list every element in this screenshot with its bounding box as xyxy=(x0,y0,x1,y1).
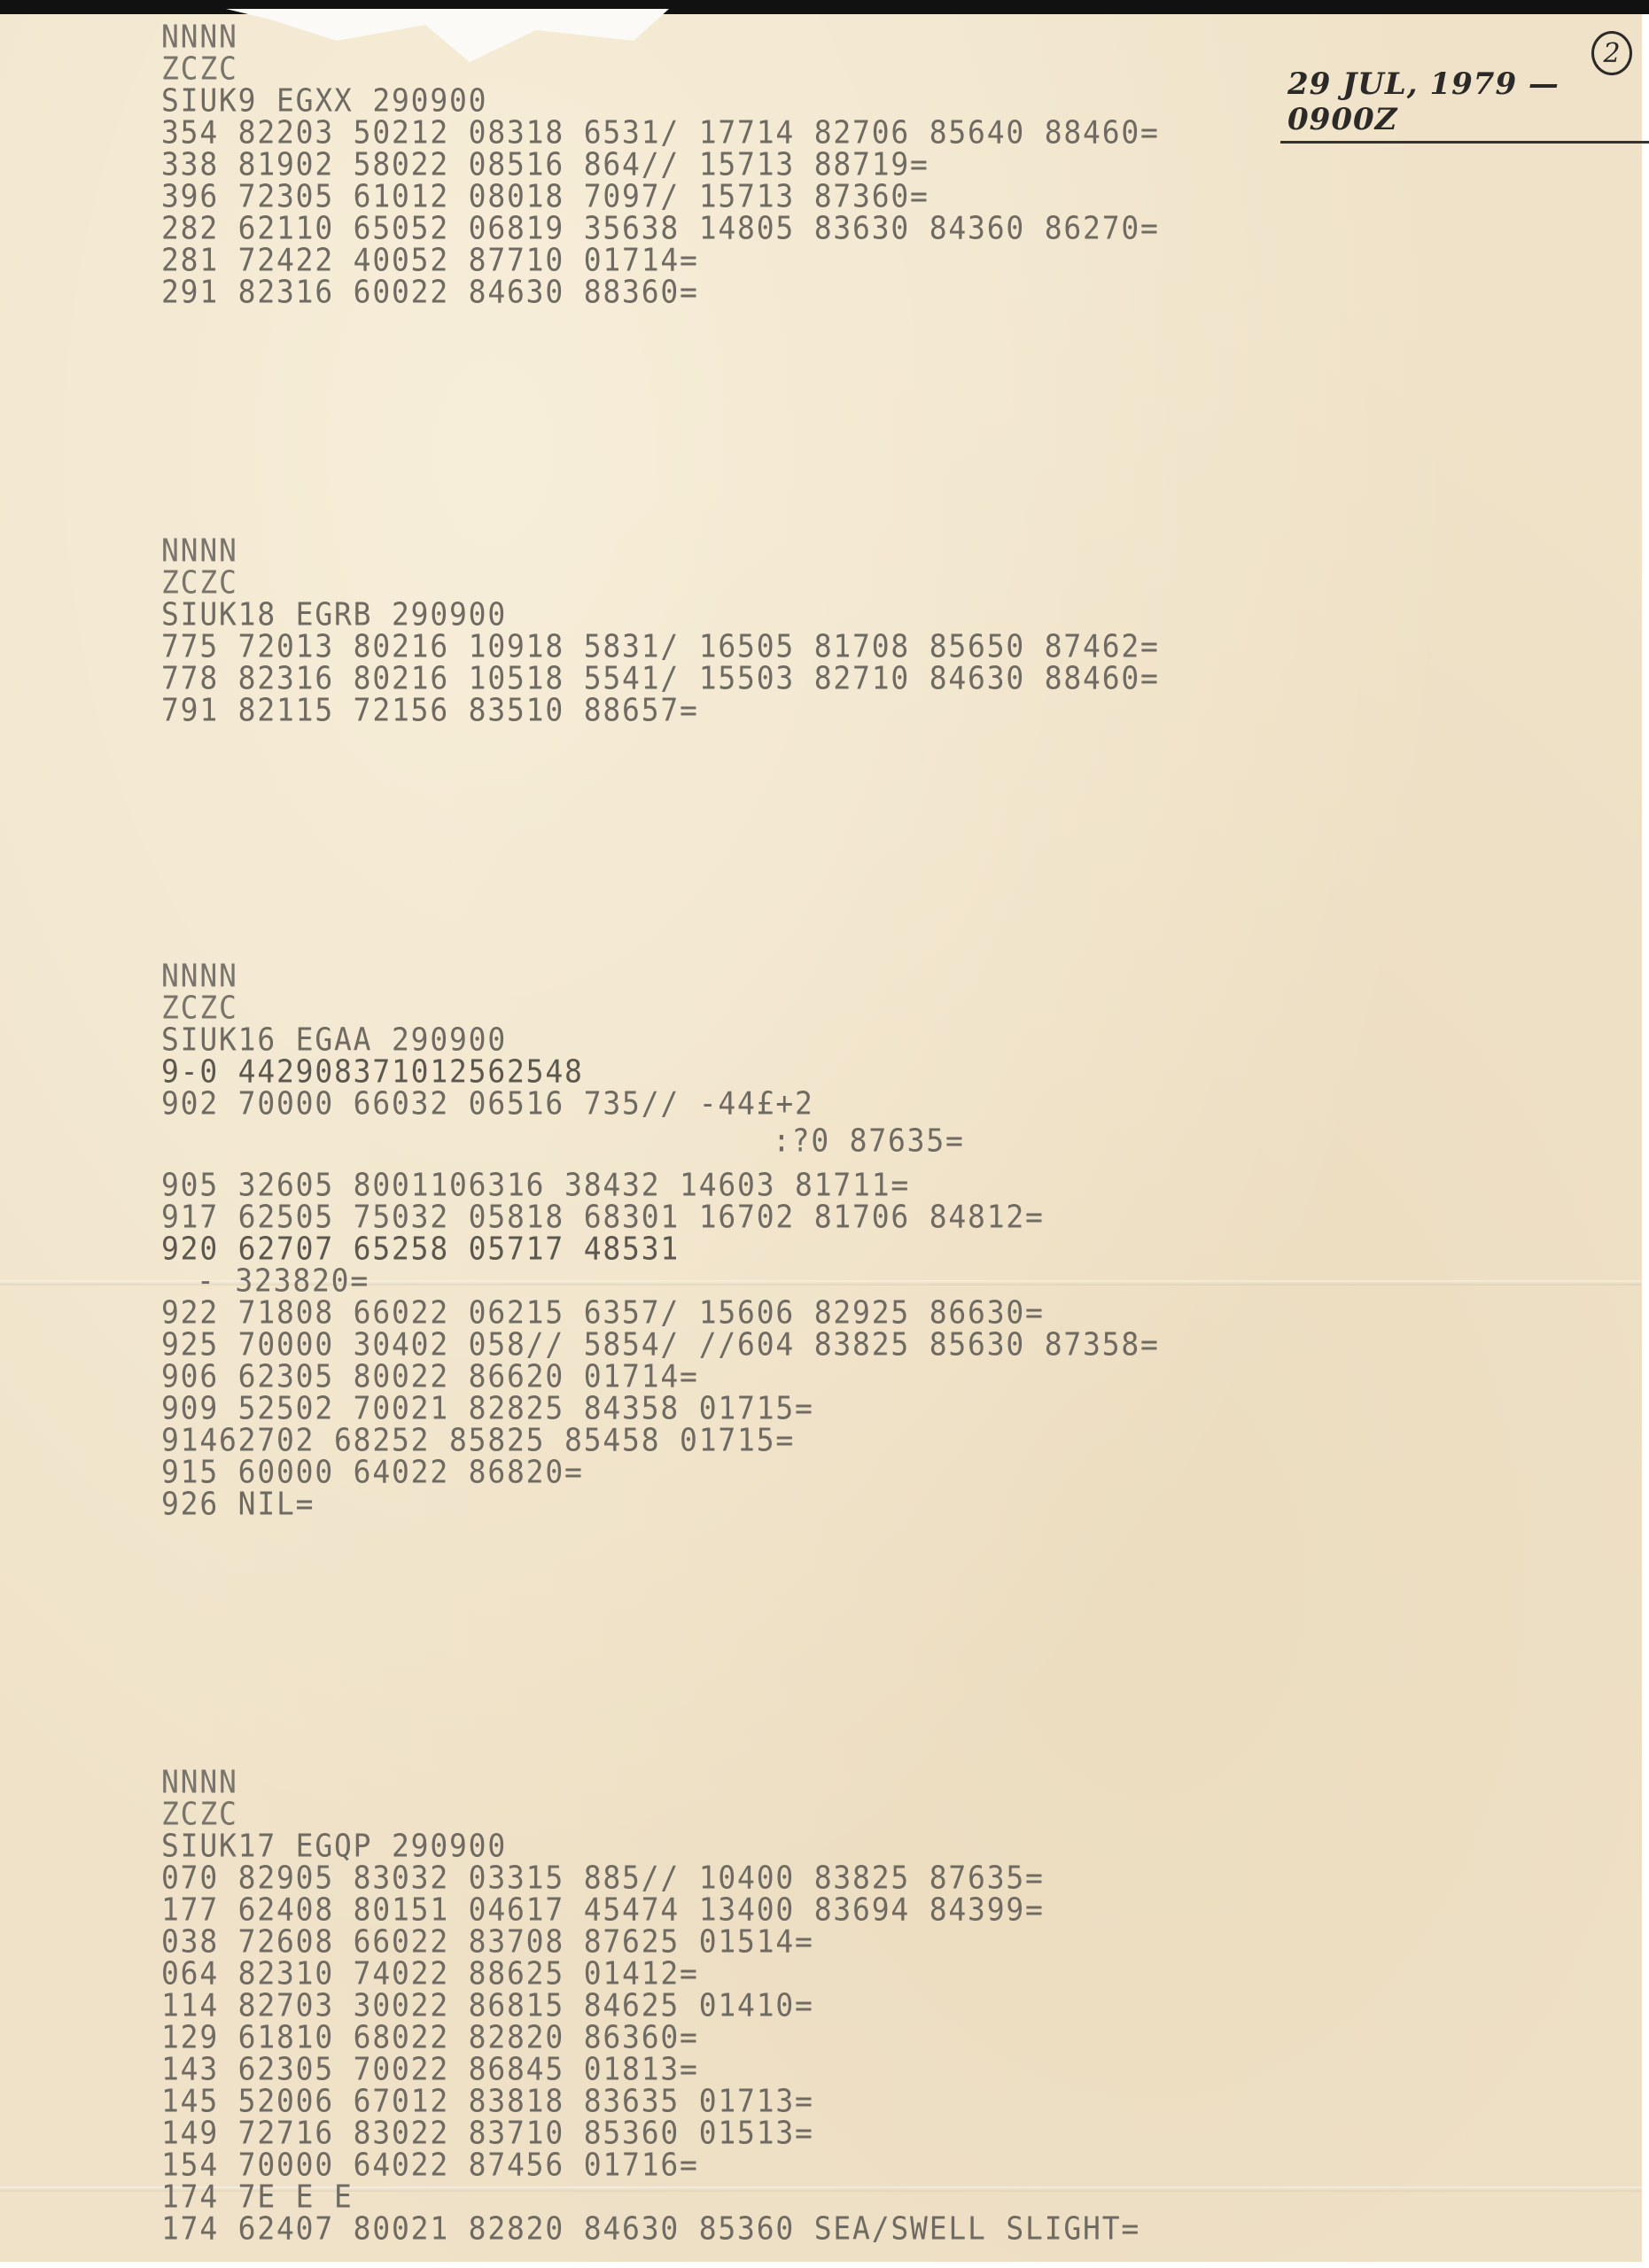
observation-line: 174 62407 80021 82820 84630 85360 SEA/SW… xyxy=(161,2211,1140,2246)
bulletin-end-marker: NNNN xyxy=(161,19,1160,54)
bulletin-siuk9: NNNN ZCZC SIUK9 EGXX 290900 354 82203 50… xyxy=(161,19,1160,307)
bulletin-end-marker: NNNN xyxy=(161,959,1160,993)
bulletin-siuk16: NNNN ZCZC SIUK16 EGAA 290900 9-0 4429083… xyxy=(161,959,1160,1518)
observation-line: 291 82316 60022 84630 88360= xyxy=(161,275,1160,309)
bulletin-siuk17: NNNN ZCZC SIUK17 EGQP 290900 070 82905 8… xyxy=(161,1765,1140,2243)
handwritten-date: 29 JUL, 1979 — 0900Z xyxy=(1280,66,1649,144)
page-number-circle: 2 xyxy=(1591,31,1632,75)
observation-line: 926 NIL= xyxy=(161,1487,1160,1521)
observation-continuation: :?0 87635= xyxy=(161,1123,1160,1158)
bulletin-siuk18: NNNN ZCZC SIUK18 EGRB 290900 775 72013 8… xyxy=(161,533,1160,725)
observation-line: 791 82115 72156 83510 88657= xyxy=(161,693,1160,727)
observation-line: 902 70000 66032 06516 735// -44£+2 xyxy=(161,1086,1160,1121)
bulletin-end-marker: NNNN xyxy=(161,533,1160,568)
bulletin-end-marker: NNNN xyxy=(161,1765,1140,1799)
